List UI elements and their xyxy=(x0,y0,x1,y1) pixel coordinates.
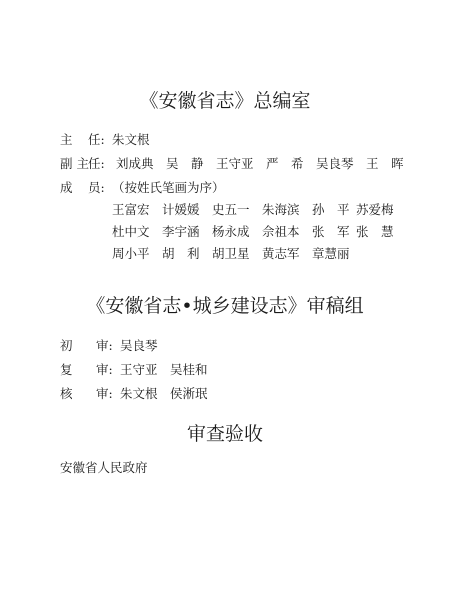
review-row-second: 复审:王守亚 吴桂和 xyxy=(60,360,208,378)
members-row: 杜中文李宇涵杨永成佘祖本张 军张 慧 xyxy=(112,222,400,240)
members-row: 周小平胡 利胡卫星黄志军章慧丽 xyxy=(112,244,362,262)
chief-editor-line: 主任:朱文根 xyxy=(60,130,150,148)
section-title-acceptance: 审查验收 xyxy=(0,419,450,446)
members-row: 王富宏计媛媛史五一朱海滨孙 平苏爱梅 xyxy=(112,200,400,218)
acceptance-body: 安徽省人民政府 xyxy=(60,458,148,476)
members-label-line: 成员:（按姓氏笔画为序） xyxy=(60,178,225,196)
review-row-final: 核审:朱文根 侯淅珉 xyxy=(60,384,208,402)
deputy-editor-line: 副 主任: 刘成典吴 静王守亚严 希吴良琴王 晖 xyxy=(60,154,406,172)
review-row-first: 初审:吴良琴 xyxy=(60,336,158,354)
members-note: （按姓氏笔画为序） xyxy=(112,180,225,195)
chief-editor-name: 朱文根 xyxy=(112,132,150,147)
deputy-editor-names: 刘成典吴 静王守亚严 希吴良琴王 晖 xyxy=(116,156,406,171)
section-title-review-group: 《安徽省志•城乡建设志》审稿组 xyxy=(0,291,450,318)
section-title-editorial-office: 《安徽省志》总编室 xyxy=(0,86,450,113)
